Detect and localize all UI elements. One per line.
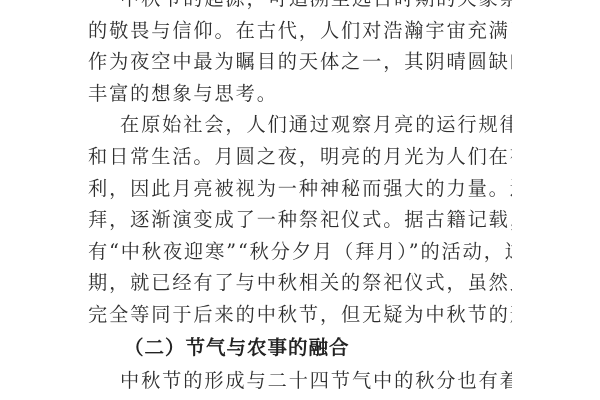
text-line: 丰富的想象与思考。	[88, 78, 512, 110]
paragraph-primitive-society: 在原始社会，人们通过观察月亮的运行规律，来指导农业生产 和日常生活。月圆之夜，明…	[88, 109, 512, 330]
paragraph-origin: 中秋节的起源，可追溯至远古时期的天象崇拜，尤其是对月亮 的敬畏与信仰。在古代，人…	[88, 0, 512, 109]
text-line: 作为夜空中最为瞩目的天体之一，其阴晴圆缺的变化，引发了古人	[88, 46, 512, 78]
text-line: 在原始社会，人们通过观察月亮的运行规律，来指导农业生产	[88, 109, 512, 141]
section-heading: （二）节气与农事的融合	[88, 331, 512, 365]
paragraph-solar-terms: 中秋节的形成与二十四节气中的秋分也有着紧密的联系。秋分	[88, 365, 512, 397]
document-page: 中秋节的起源，可追溯至远古时期的天象崇拜，尤其是对月亮 的敬畏与信仰。在古代，人…	[0, 0, 600, 400]
text-line: 完全等同于后来的中秋节，但无疑为中秋节的形成奠定了基础。	[88, 299, 512, 331]
text-line: 有“中秋夜迎寒”“秋分夕月（拜月）”的活动，这表明在先秦时	[88, 236, 512, 268]
text-line: 的敬畏与信仰。在古代，人们对浩瀚宇宙充满了未知与好奇，月亮	[88, 15, 512, 47]
text-line: 期，就已经有了与中秋相关的祭祀仪式，虽然此时的活动可能并非	[88, 267, 512, 299]
text-line: 中秋节的起源，可追溯至远古时期的天象崇拜，尤其是对月亮	[88, 0, 512, 15]
text-line: 利，因此月亮被视为一种神秘而强大的力量。这种对月亮的自然崇	[88, 173, 512, 205]
text-line: 拜，逐渐演变成了一种祭祀仪式。据古籍记载，早在《周礼》中就	[88, 204, 512, 236]
text-line: 中秋节的形成与二十四节气中的秋分也有着紧密的联系。秋分	[88, 365, 512, 397]
text-line: 和日常生活。月圆之夜，明亮的月光为人们在夜间的活动提供了便	[88, 141, 512, 173]
text-column: 中秋节的起源，可追溯至远古时期的天象崇拜，尤其是对月亮 的敬畏与信仰。在古代，人…	[88, 0, 512, 396]
